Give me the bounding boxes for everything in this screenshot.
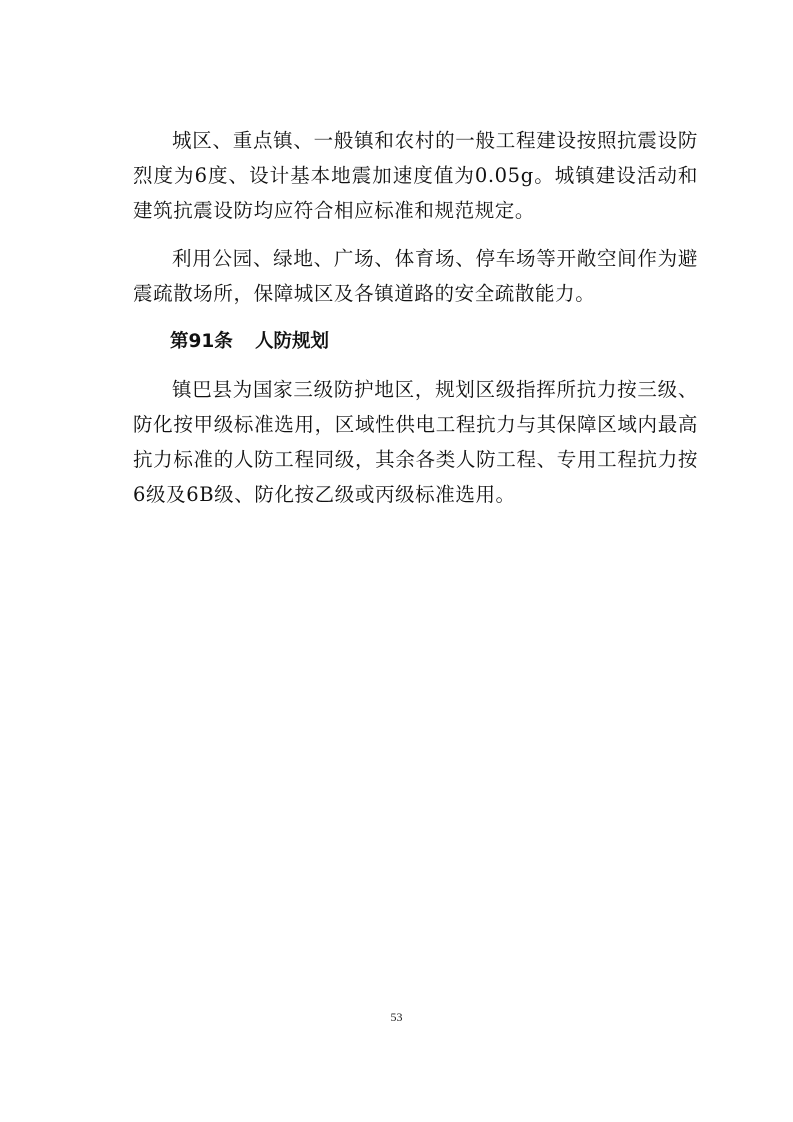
- section-title: 人防规划: [255, 331, 329, 352]
- paragraph-evacuation-sites: 利用公园、绿地、广场、体育场、停车场等开敞空间作为避震疏散场所，保障城区及各镇道…: [133, 241, 698, 311]
- document-body: 城区、重点镇、一般镇和农村的一般工程建设按照抗震设防烈度为6度、设计基本地震加速…: [133, 123, 698, 512]
- section-number: 第91条: [170, 331, 233, 352]
- page-number: 53: [0, 1010, 793, 1025]
- paragraph-seismic-standards: 城区、重点镇、一般镇和农村的一般工程建设按照抗震设防烈度为6度、设计基本地震加速…: [133, 123, 698, 228]
- paragraph-civil-defense: 镇巴县为国家三级防护地区，规划区级指挥所抗力按三级、防化按甲级标准选用，区域性供…: [133, 372, 698, 512]
- section-heading: 第91条人防规划: [133, 324, 698, 359]
